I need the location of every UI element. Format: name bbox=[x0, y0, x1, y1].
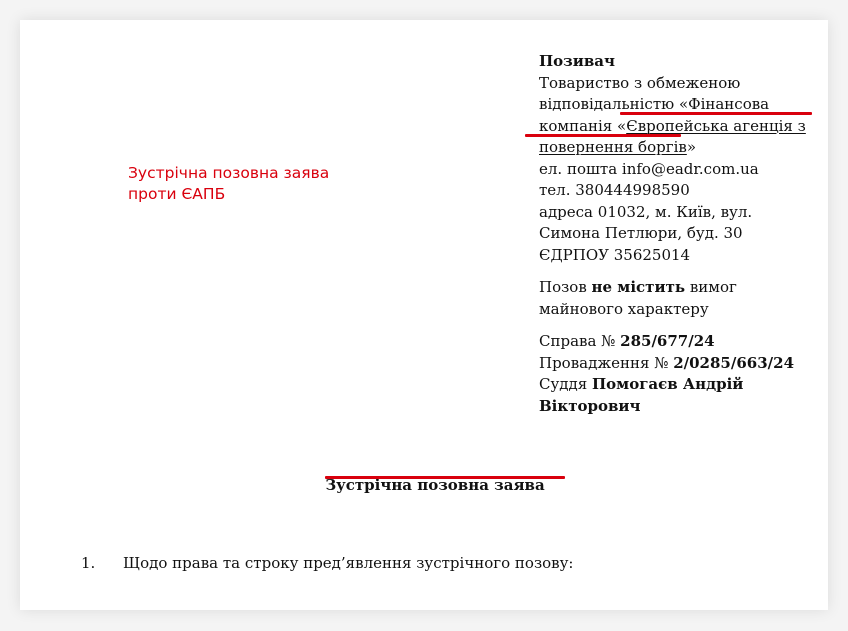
red-annotation-note: Зустрічна позовна заява проти ЄАПБ bbox=[128, 163, 329, 205]
proceeding-number: 2/0285/663/24 bbox=[673, 354, 794, 372]
claim-nature: Позов не містить вимог майнового характе… bbox=[539, 277, 839, 320]
case-info: Справа № 285/677/24 Провадження № 2/0285… bbox=[539, 331, 839, 417]
plaintiff-header-block: Позивач Товариство з обмеженою відповіда… bbox=[539, 51, 839, 428]
underlined-company-name: повернення боргів bbox=[539, 138, 687, 156]
red-underline-annotation bbox=[525, 134, 681, 137]
plaintiff-name-line: повернення боргів» bbox=[539, 137, 839, 159]
plaintiff-details: Позивач Товариство з обмеженою відповіда… bbox=[539, 51, 839, 266]
judge-name: Помогаєв Андрій bbox=[592, 375, 743, 393]
plaintiff-phone: тел. 380444998590 bbox=[539, 180, 839, 202]
plaintiff-address-line: Симона Петлюри, буд. 30 bbox=[539, 223, 839, 245]
plaintiff-address-line: адреса 01032, м. Київ, вул. bbox=[539, 202, 839, 224]
judge-line: Суддя Помогаєв Андрій bbox=[539, 374, 839, 396]
section-item: 1.Щодо права та строку пред’явлення зуст… bbox=[81, 553, 573, 574]
underlined-company-name: Європейська агенція з bbox=[626, 117, 806, 135]
red-underline-annotation bbox=[325, 476, 565, 479]
section-number: 1. bbox=[81, 553, 123, 574]
claim-nature-emphasis: не містить bbox=[592, 278, 686, 296]
plaintiff-name-line: Товариство з обмеженою bbox=[539, 73, 839, 95]
section-text: Щодо права та строку пред’явлення зустрі… bbox=[123, 554, 573, 572]
annotation-line: проти ЄАПБ bbox=[128, 184, 329, 205]
plaintiff-email: ел. пошта info@eadr.com.ua bbox=[539, 159, 839, 181]
case-number: 285/677/24 bbox=[620, 332, 714, 350]
document-page: Зустрічна позовна заява проти ЄАПБ Позив… bbox=[20, 20, 828, 610]
case-number-line: Справа № 285/677/24 bbox=[539, 331, 839, 353]
plaintiff-heading: Позивач bbox=[539, 51, 839, 73]
judge-name-continued: Вікторович bbox=[539, 396, 839, 418]
proceeding-number-line: Провадження № 2/0285/663/24 bbox=[539, 353, 839, 375]
plaintiff-edrpou: ЄДРПОУ 35625014 bbox=[539, 245, 839, 267]
red-underline-annotation bbox=[620, 112, 812, 115]
annotation-line: Зустрічна позовна заява bbox=[128, 163, 329, 184]
